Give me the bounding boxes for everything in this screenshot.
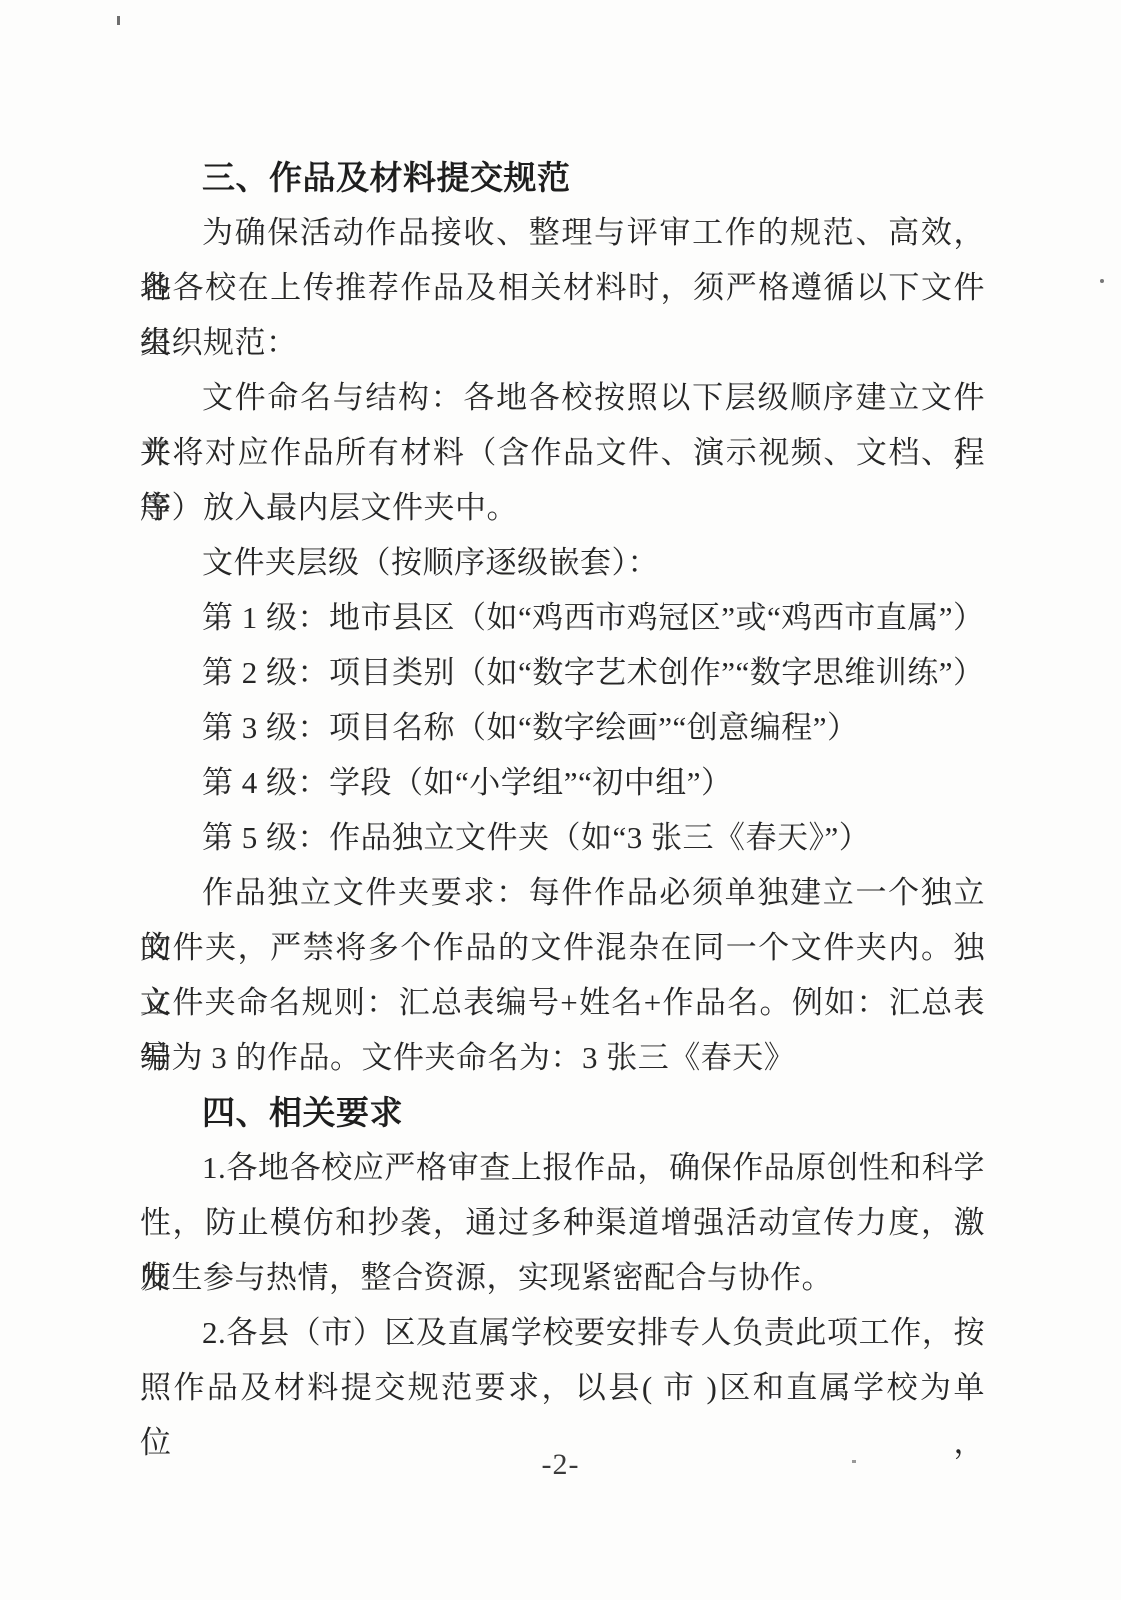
- body-line: 等）放入最内层文件夹中。: [140, 480, 985, 535]
- folder-level-3-line: 第 3 级：项目名称（如“数字绘画”“创意编程”）: [140, 700, 985, 755]
- document-page: 三、作品及材料提交规范 为确保活动作品接收、整理与评审工作的规范、高效，各 地各…: [0, 0, 1121, 1600]
- body-line: 并将对应作品所有材料（含作品文件、演示视频、文档、程序: [140, 425, 985, 480]
- body-line: 为确保活动作品接收、整理与评审工作的规范、高效，各: [140, 205, 985, 260]
- body-line: 文件夹命名规则：汇总表编号+姓名+作品名。例如：汇总表编: [140, 975, 985, 1030]
- body-line: 组织规范：: [140, 315, 985, 370]
- scan-speck: [1100, 279, 1104, 283]
- body-line: 文件命名与结构：各地各校按照以下层级顺序建立文件夹，: [140, 370, 985, 425]
- body-line: 文件夹，严禁将多个作品的文件混杂在同一个文件夹内。独立: [140, 920, 985, 975]
- body-line: 号为 3 的作品。文件夹命名为：3 张三《春天》: [140, 1030, 985, 1085]
- section-heading-3: 三、作品及材料提交规范: [140, 150, 985, 205]
- folder-level-1-line: 第 1 级：地市县区（如“鸡西市鸡冠区”或“鸡西市直属”）: [140, 590, 985, 645]
- body-line: 性，防止模仿和抄袭，通过多种渠道增强活动宣传力度，激发: [140, 1195, 985, 1250]
- document-body: 三、作品及材料提交规范 为确保活动作品接收、整理与评审工作的规范、高效，各 地各…: [140, 150, 985, 1415]
- folder-level-5-line: 第 5 级：作品独立文件夹（如“3 张三《春天》”）: [140, 810, 985, 865]
- section-heading-4: 四、相关要求: [140, 1085, 985, 1140]
- body-line: 2.各县（市）区及直属学校要安排专人负责此项工作，按: [140, 1305, 985, 1360]
- body-line: 地各校在上传推荐作品及相关材料时，须严格遵循以下文件夹: [140, 260, 985, 315]
- body-line: 作品独立文件夹要求：每件作品必须单独建立一个独立的: [140, 865, 985, 920]
- body-line: 1.各地各校应严格审查上报作品，确保作品原创性和科学: [140, 1140, 985, 1195]
- folder-level-4-line: 第 4 级：学段（如“小学组”“初中组”）: [140, 755, 985, 810]
- folder-level-2-line: 第 2 级：项目类别（如“数字艺术创作”“数字思维训练”）: [140, 645, 985, 700]
- body-line: 照作品及材料提交规范要求，以县( 市 )区和直属学校为单位，: [140, 1360, 985, 1415]
- scan-speck: [117, 16, 120, 25]
- body-line: 文件夹层级（按顺序逐级嵌套）：: [140, 535, 985, 590]
- page-number: -2-: [0, 1448, 1121, 1482]
- body-line: 师生参与热情，整合资源，实现紧密配合与协作。: [140, 1250, 985, 1305]
